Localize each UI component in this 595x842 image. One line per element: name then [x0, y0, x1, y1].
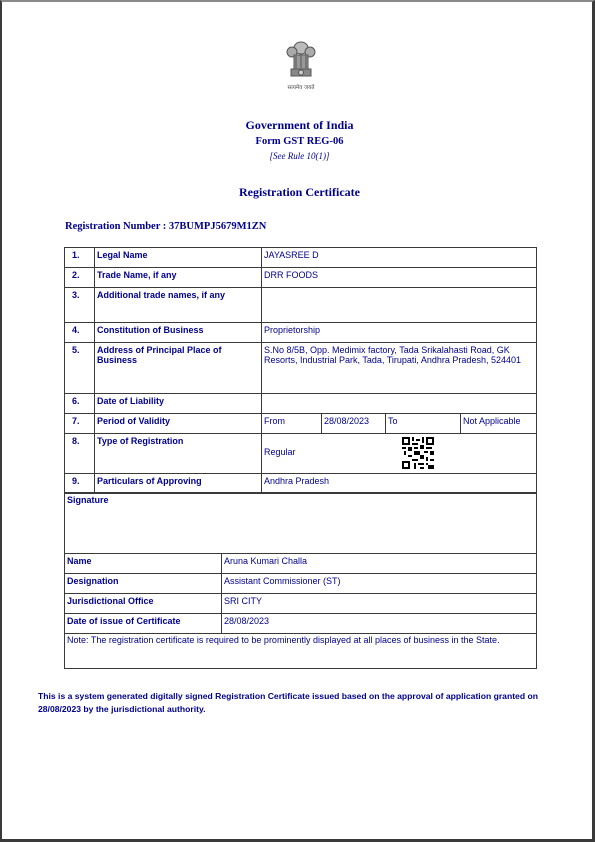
- table-row: 4. Constitution of Business Proprietorsh…: [65, 323, 537, 343]
- field-label: Jurisdictional Office: [65, 594, 222, 614]
- signature-table: Signature Name Aruna Kumari Challa Desig…: [64, 492, 537, 669]
- display-note: Note: The registration certificate is re…: [65, 634, 537, 669]
- address-value: S.No 8/5B, Opp. Medimix factory, Tada Sr…: [262, 343, 537, 394]
- table-row: Date of issue of Certificate 28/08/2023: [65, 614, 537, 634]
- form-title: Form GST REG-06: [2, 136, 595, 147]
- field-label: Name: [65, 554, 222, 574]
- additional-trade-names-value: [262, 288, 537, 323]
- validity-to-value: Not Applicable: [461, 414, 537, 434]
- table-row: Name Aruna Kumari Challa: [65, 554, 537, 574]
- validity-from-label: From: [262, 414, 322, 434]
- jurisdictional-office-value: SRI CITY: [222, 594, 537, 614]
- legal-name-value: JAYASREE D: [262, 248, 537, 268]
- field-label: Constitution of Business: [95, 323, 262, 343]
- issue-date-value: 28/08/2023: [222, 614, 537, 634]
- field-label: Trade Name, if any: [95, 268, 262, 288]
- table-row: 8. Type of Registration Regular: [65, 434, 537, 474]
- footer-statement: This is a system generated digitally sig…: [38, 690, 558, 716]
- field-label: Legal Name: [95, 248, 262, 268]
- certificate-page: सत्यमेव जयते Government of India Form GS…: [0, 0, 595, 842]
- validity-to-label: To: [386, 414, 461, 434]
- field-label: Type of Registration: [95, 434, 262, 474]
- field-label: Particulars of Approving: [95, 474, 262, 494]
- table-row: Jurisdictional Office SRI CITY: [65, 594, 537, 614]
- date-of-liability-value: [262, 394, 537, 414]
- qr-code-icon[interactable]: [402, 437, 434, 469]
- constitution-value: Proprietorship: [262, 323, 537, 343]
- table-row: 6. Date of Liability: [65, 394, 537, 414]
- validity-from-value: 28/08/2023: [322, 414, 386, 434]
- trade-name-value: DRR FOODS: [262, 268, 537, 288]
- approving-authority-value: Andhra Pradesh: [262, 474, 537, 494]
- field-label: Date of issue of Certificate: [65, 614, 222, 634]
- field-label: Period of Validity: [95, 414, 262, 434]
- details-table: 1. Legal Name JAYASREE D 2. Trade Name, …: [64, 247, 537, 494]
- rule-reference: [See Rule 10(1)]: [2, 151, 595, 161]
- field-label: Additional trade names, if any: [95, 288, 262, 323]
- table-row: 5. Address of Principal Place of Busines…: [65, 343, 537, 394]
- government-title: Government of India: [2, 118, 595, 133]
- table-row: Designation Assistant Commissioner (ST): [65, 574, 537, 594]
- designation-value: Assistant Commissioner (ST): [222, 574, 537, 594]
- certificate-title: Registration Certificate: [2, 185, 595, 200]
- table-row: 7. Period of Validity From 28/08/2023 To…: [65, 414, 537, 434]
- table-row: 1. Legal Name JAYASREE D: [65, 248, 537, 268]
- field-label: Designation: [65, 574, 222, 594]
- table-row: Note: The registration certificate is re…: [65, 634, 537, 669]
- national-emblem-icon: सत्यमेव जयते: [281, 38, 321, 94]
- signature-label: Signature: [65, 493, 537, 554]
- field-label: Date of Liability: [95, 394, 262, 414]
- svg-text:सत्यमेव जयते: सत्यमेव जयते: [287, 84, 315, 91]
- table-row: 2. Trade Name, if any DRR FOODS: [65, 268, 537, 288]
- registration-type-value: Regular: [262, 434, 537, 474]
- table-row: Signature: [65, 493, 537, 554]
- field-label: Address of Principal Place of Business: [95, 343, 262, 394]
- officer-name-value: Aruna Kumari Challa: [222, 554, 537, 574]
- table-row: 9. Particulars of Approving Andhra Prade…: [65, 474, 537, 494]
- registration-number: Registration Number : 37BUMPJ5679M1ZN: [65, 221, 266, 232]
- table-row: 3. Additional trade names, if any: [65, 288, 537, 323]
